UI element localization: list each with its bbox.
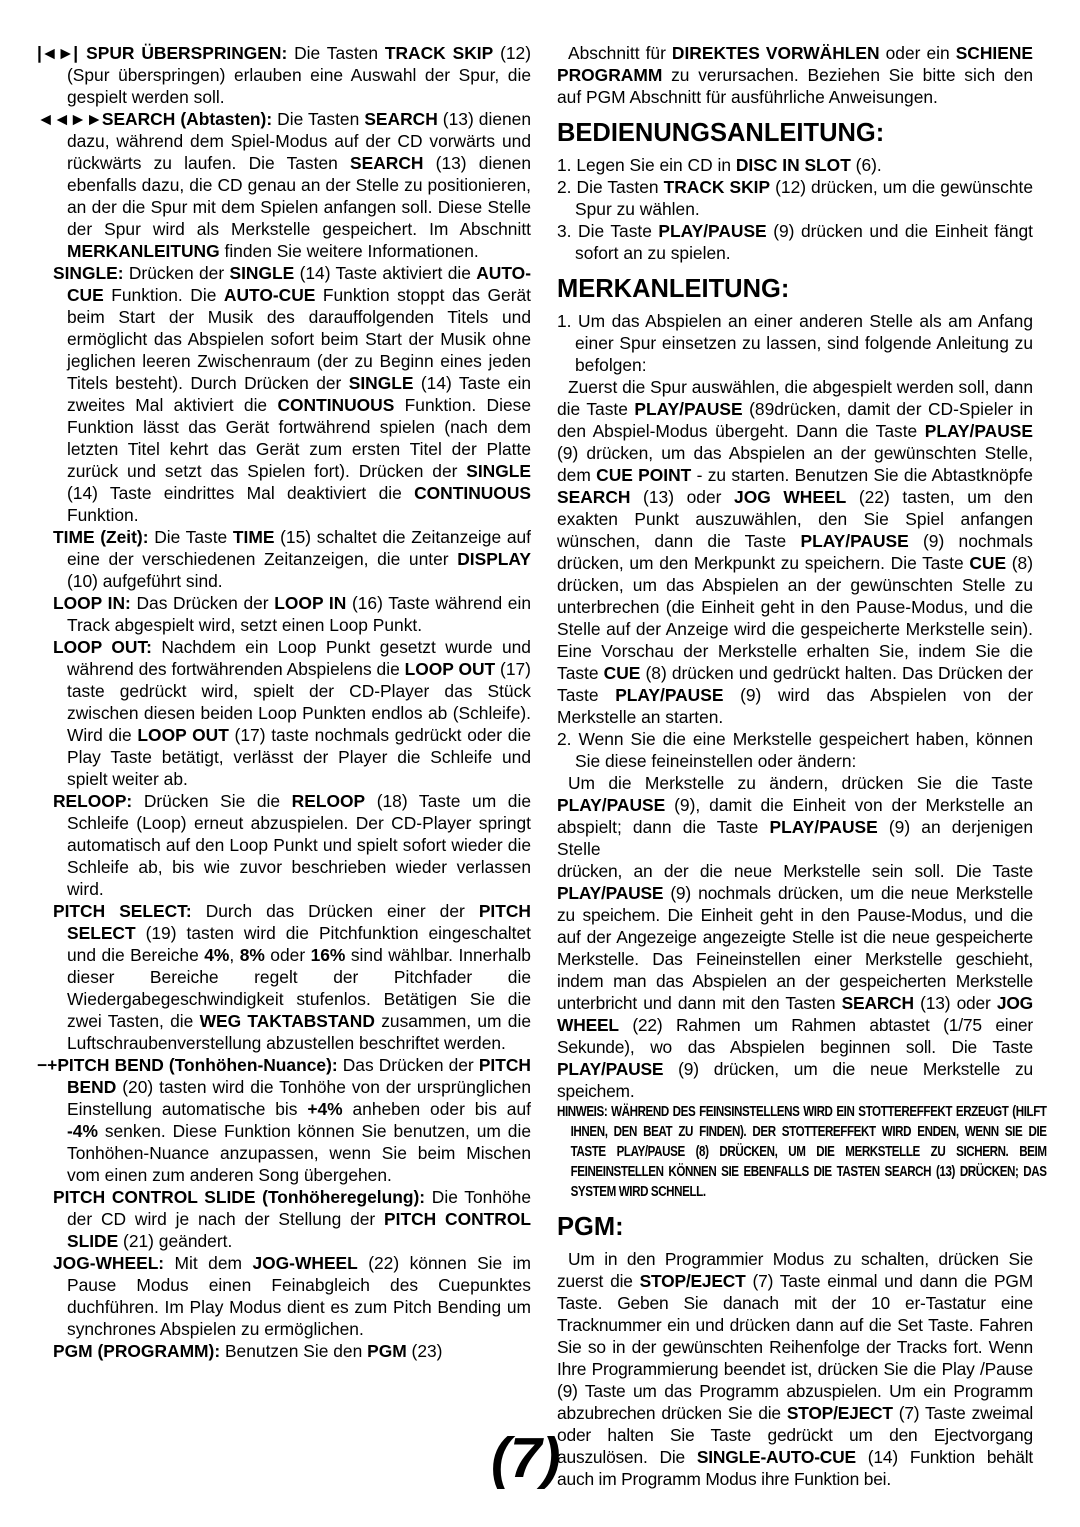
step-2: 2. Die Tasten TRACK SKIP (12) drücken, u… (557, 176, 1033, 220)
merk-item-1-detail: Zuerst die Spur auswählen, die abgespiel… (557, 376, 1033, 728)
definition-pitch-select: PITCH SELECT: Durch das Drücken einer de… (37, 900, 531, 1054)
definition-single: SINGLE: Drücken der SINGLE (14) Taste ak… (37, 262, 531, 526)
definition-loop-out: LOOP OUT: Nachdem ein Loop Punkt gesetzt… (37, 636, 531, 790)
definition-pitch-control-slide: PITCH CONTROL SLIDE (Tonhöheregelung): D… (37, 1186, 531, 1252)
definition-spur-ueberspringen: |◄►|SPUR ÜBERSPRINGEN: Die Tasten TRACK … (37, 42, 531, 108)
two-column-layout: |◄►|SPUR ÜBERSPRINGEN: Die Tasten TRACK … (0, 0, 1080, 1490)
definition-pgm: PGM (PROGRAMM): Benutzen Sie den PGM (23… (37, 1340, 531, 1362)
left-column: |◄►|SPUR ÜBERSPRINGEN: Die Tasten TRACK … (37, 42, 531, 1490)
merk-item-2: 2. Wenn Sie die eine Merkstelle gespeich… (557, 728, 1033, 772)
heading-merkanleitung: MERKANLEITUNG: (557, 274, 1033, 304)
heading-pgm: PGM: (557, 1212, 1033, 1242)
step-1: 1. Legen Sie ein CD in DISC IN SLOT (6). (557, 154, 1033, 176)
right-column: Abschnitt für DIREKTES VORWÄHLEN oder ei… (557, 42, 1033, 1490)
merk-item-2-detail-a: Um die Merkstelle zu ändern, drücken Sie… (557, 772, 1033, 860)
merk-item-2-detail-b: drücken, an der die neue Merkstelle sein… (557, 860, 1033, 1102)
definition-loop-in: LOOP IN: Das Drücken der LOOP IN (16) Ta… (37, 592, 531, 636)
definition-search: ◄◄►►SEARCH (Abtasten): Die Tasten SEARCH… (37, 108, 531, 262)
page-number: (7) (491, 1430, 561, 1487)
heading-bedienungsanleitung: BEDIENUNGSANLEITUNG: (557, 118, 1033, 148)
hinweis-note: HINWEIS: WÄHREND DES FEINSINSTELLENS WIR… (557, 1102, 1047, 1202)
pitch-bend-icon: −+ (37, 1055, 57, 1075)
definition-time: TIME (Zeit): Die Taste TIME (15) schalte… (37, 526, 531, 592)
merk-item-1: 1. Um das Abspielen an einer anderen Ste… (557, 310, 1033, 376)
track-skip-icon: |◄►| (37, 43, 77, 63)
pgm-paragraph: Um in den Programmier Modus zu schalten,… (557, 1248, 1033, 1490)
manual-page: |◄►|SPUR ÜBERSPRINGEN: Die Tasten TRACK … (0, 0, 1080, 1527)
step-3: 3. Die Taste PLAY/PAUSE (9) drücken und … (557, 220, 1033, 264)
definition-reloop: RELOOP: Drücken Sie die RELOOP (18) Tast… (37, 790, 531, 900)
search-icon: ◄◄►► (37, 109, 102, 129)
definition-jog-wheel: JOG-WHEEL: Mit dem JOG-WHEEL (22) können… (37, 1252, 531, 1340)
continuation-paragraph: Abschnitt für DIREKTES VORWÄHLEN oder ei… (557, 42, 1033, 108)
definition-pitch-bend: −+PITCH BEND (Tonhöhen-Nuance): Das Drüc… (37, 1054, 531, 1186)
